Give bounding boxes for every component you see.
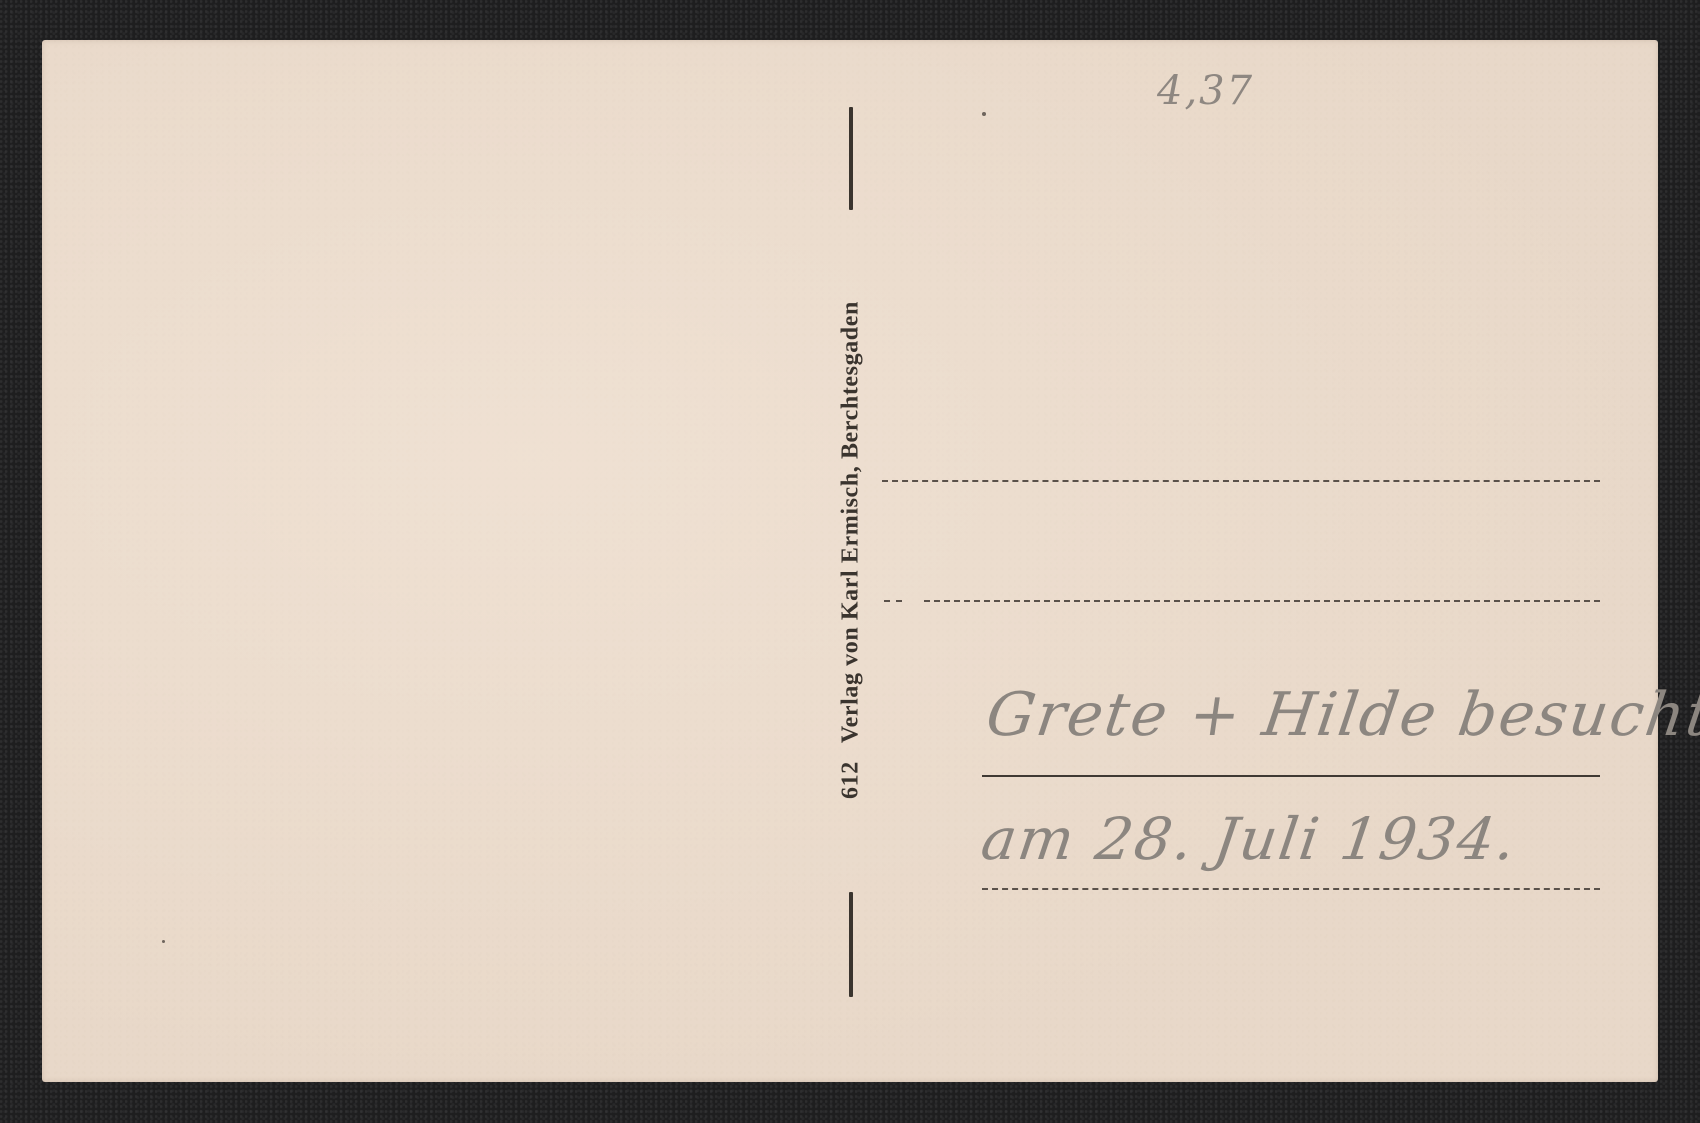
address-line-1 [882,480,1600,482]
publisher-imprint: 612Verlag von Karl Ermisch, Berchtesgade… [838,301,865,799]
divider-bar-bottom [849,892,853,997]
address-line-4 [982,888,1600,890]
ink-speck [982,112,986,116]
address-line-2-prefix [884,600,902,602]
postcard-back: 4,37 612Verlag von Karl Ermisch, Berchte… [42,40,1658,1082]
handwritten-line-1: Grete + Hilde besucht [982,680,1700,750]
publisher-text: Verlag von Karl Ermisch, Berchtesgaden [838,301,864,743]
catalog-number: 612 [838,761,864,799]
ink-speck [162,940,165,943]
divider-bar-top [849,107,853,210]
handwritten-line-2: am 28. Juli 1934. [977,805,1521,873]
archive-number: 4,37 [1157,68,1254,114]
address-line-3 [982,775,1600,777]
address-line-2 [924,600,1600,602]
